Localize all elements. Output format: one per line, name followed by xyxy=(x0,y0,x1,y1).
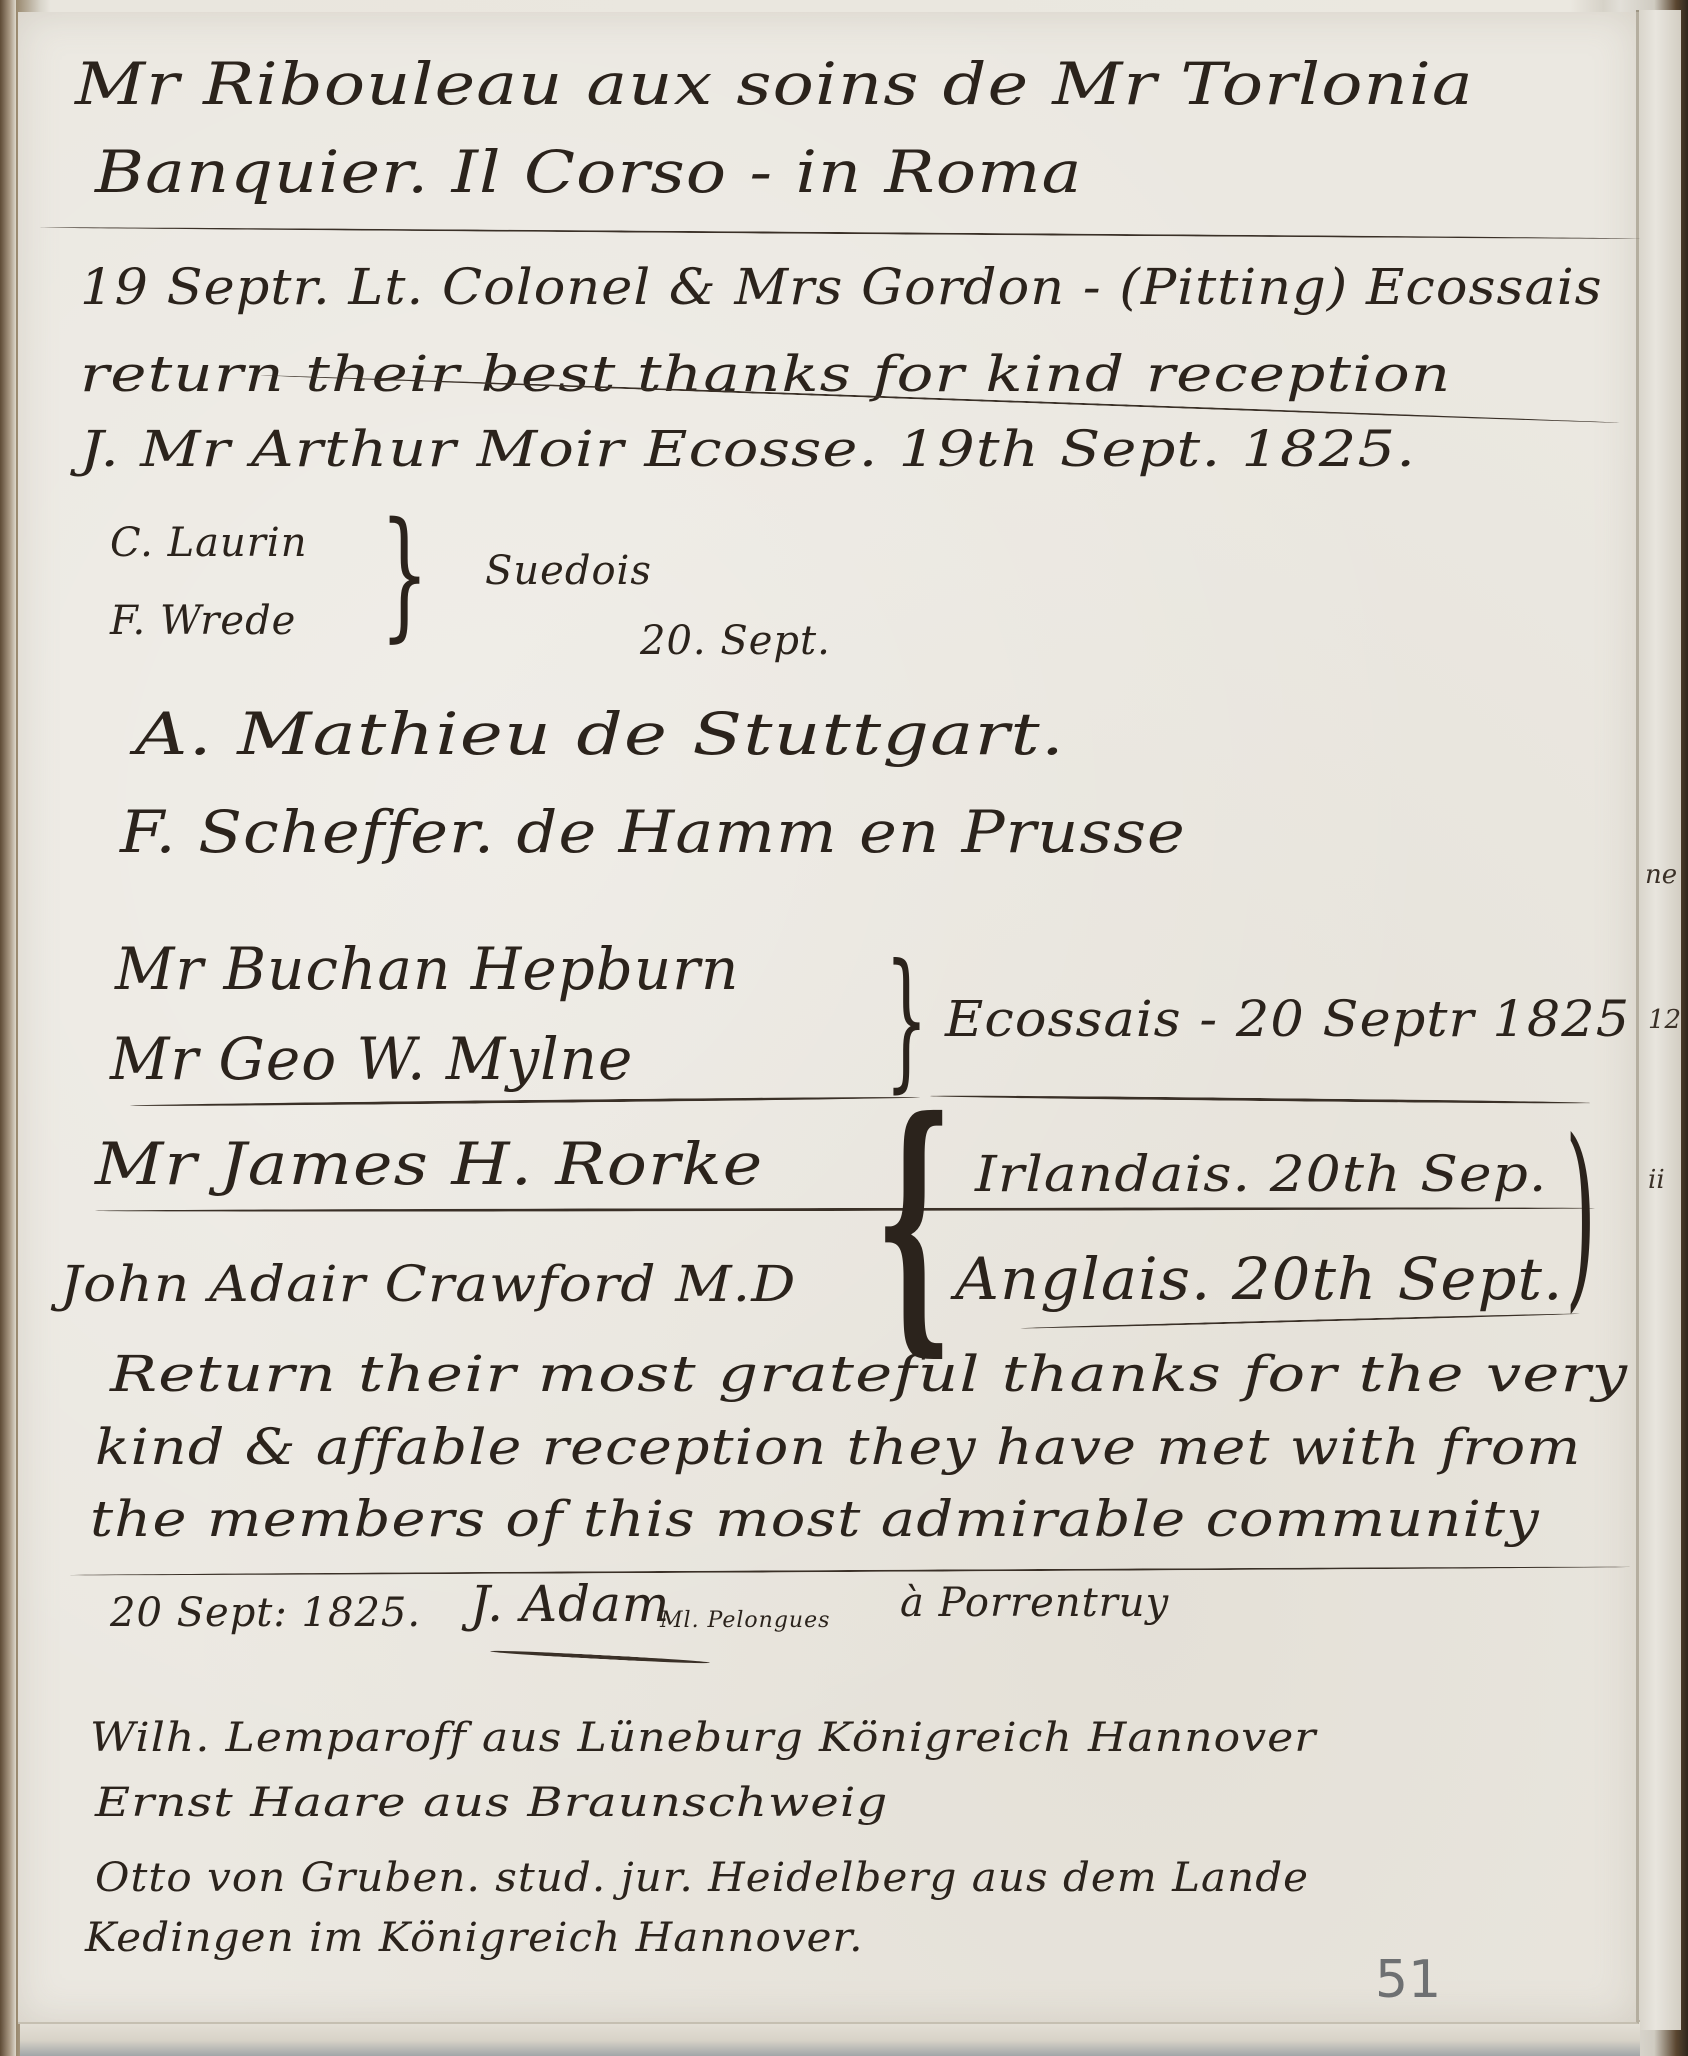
entry-ribouleau-line-2: Banquier. Il Corso - in Roma xyxy=(95,138,1083,206)
entry-gordon-line-1: 19 Septr. Lt. Colonel & Mrs Gordon - (Pi… xyxy=(80,258,1603,316)
entry-name-wrede: F. Wrede xyxy=(110,598,296,644)
entry-adam-name: J. Adam xyxy=(470,1575,670,1633)
entry-adam-detail: Ml. Pelongues xyxy=(660,1608,830,1633)
entry-name-mylne: Mr Geo W. Mylne xyxy=(110,1025,633,1093)
book-binding xyxy=(0,0,16,2056)
entry-german-line-1: Wilh. Lemparoff aus Lüneburg Königreich … xyxy=(90,1715,1317,1761)
entry-name-crawford: John Adair Crawford M.D xyxy=(60,1255,796,1313)
entry-adam-date: 20 Sept: 1825. xyxy=(110,1590,421,1636)
entry-german-line-3: Otto von Gruben. stud. jur. Heidelberg a… xyxy=(95,1855,1309,1901)
entry-rorke-nationality-date: Irlandais. 20th Sep. xyxy=(975,1145,1548,1203)
entry-ribouleau-line-1: Mr Ribouleau aux soins de Mr Torlonia xyxy=(75,50,1474,118)
entry-moir: J. Mr Arthur Moir Ecosse. 19th Sept. 182… xyxy=(80,420,1416,478)
entry-laurin-date: 20. Sept. xyxy=(640,618,831,664)
entry-german-line-2: Ernst Haare aus Braunschweig xyxy=(95,1780,888,1826)
entry-name-buchan-hepburn: Mr Buchan Hepburn xyxy=(115,935,739,1003)
entry-buchan-nationality-date: Ecossais - 20 Septr 1825 xyxy=(945,990,1630,1048)
entry-adam-place: à Porrentruy xyxy=(900,1580,1169,1626)
entry-thanks-line-3: the members of this most admirable commu… xyxy=(90,1490,1540,1548)
entry-mathieu: A. Mathieu de Stuttgart. xyxy=(135,700,1065,768)
brace-icon: } xyxy=(380,505,429,645)
entry-gordon-line-2: return their best thanks for kind recept… xyxy=(80,345,1451,403)
margin-note: 12 xyxy=(1648,1005,1681,1035)
entry-german-line-4: Kedingen im Königreich Hannover. xyxy=(85,1915,863,1961)
page-number: 51 xyxy=(1375,1950,1441,2010)
closing-bracket-icon: ) xyxy=(1565,1115,1596,1315)
margin-note: ii xyxy=(1648,1165,1665,1195)
large-brace-icon: { xyxy=(875,1085,953,1355)
entry-thanks-line-2: kind & affable reception they have met w… xyxy=(95,1418,1581,1476)
entry-laurin-nationality: Suedois xyxy=(485,548,652,594)
entry-crawford-nationality-date: Anglais. 20th Sept. xyxy=(955,1245,1563,1313)
entry-name-rorke: Mr James H. Rorke xyxy=(95,1130,763,1198)
entry-thanks-line-1: Return their most grateful thanks for th… xyxy=(110,1345,1628,1403)
margin-note: ne xyxy=(1645,860,1677,890)
stacked-page-edges xyxy=(20,2020,1640,2056)
entry-name-laurin: C. Laurin xyxy=(110,520,307,566)
entry-scheffer: F. Scheffer. de Hamm en Prusse xyxy=(120,798,1186,866)
